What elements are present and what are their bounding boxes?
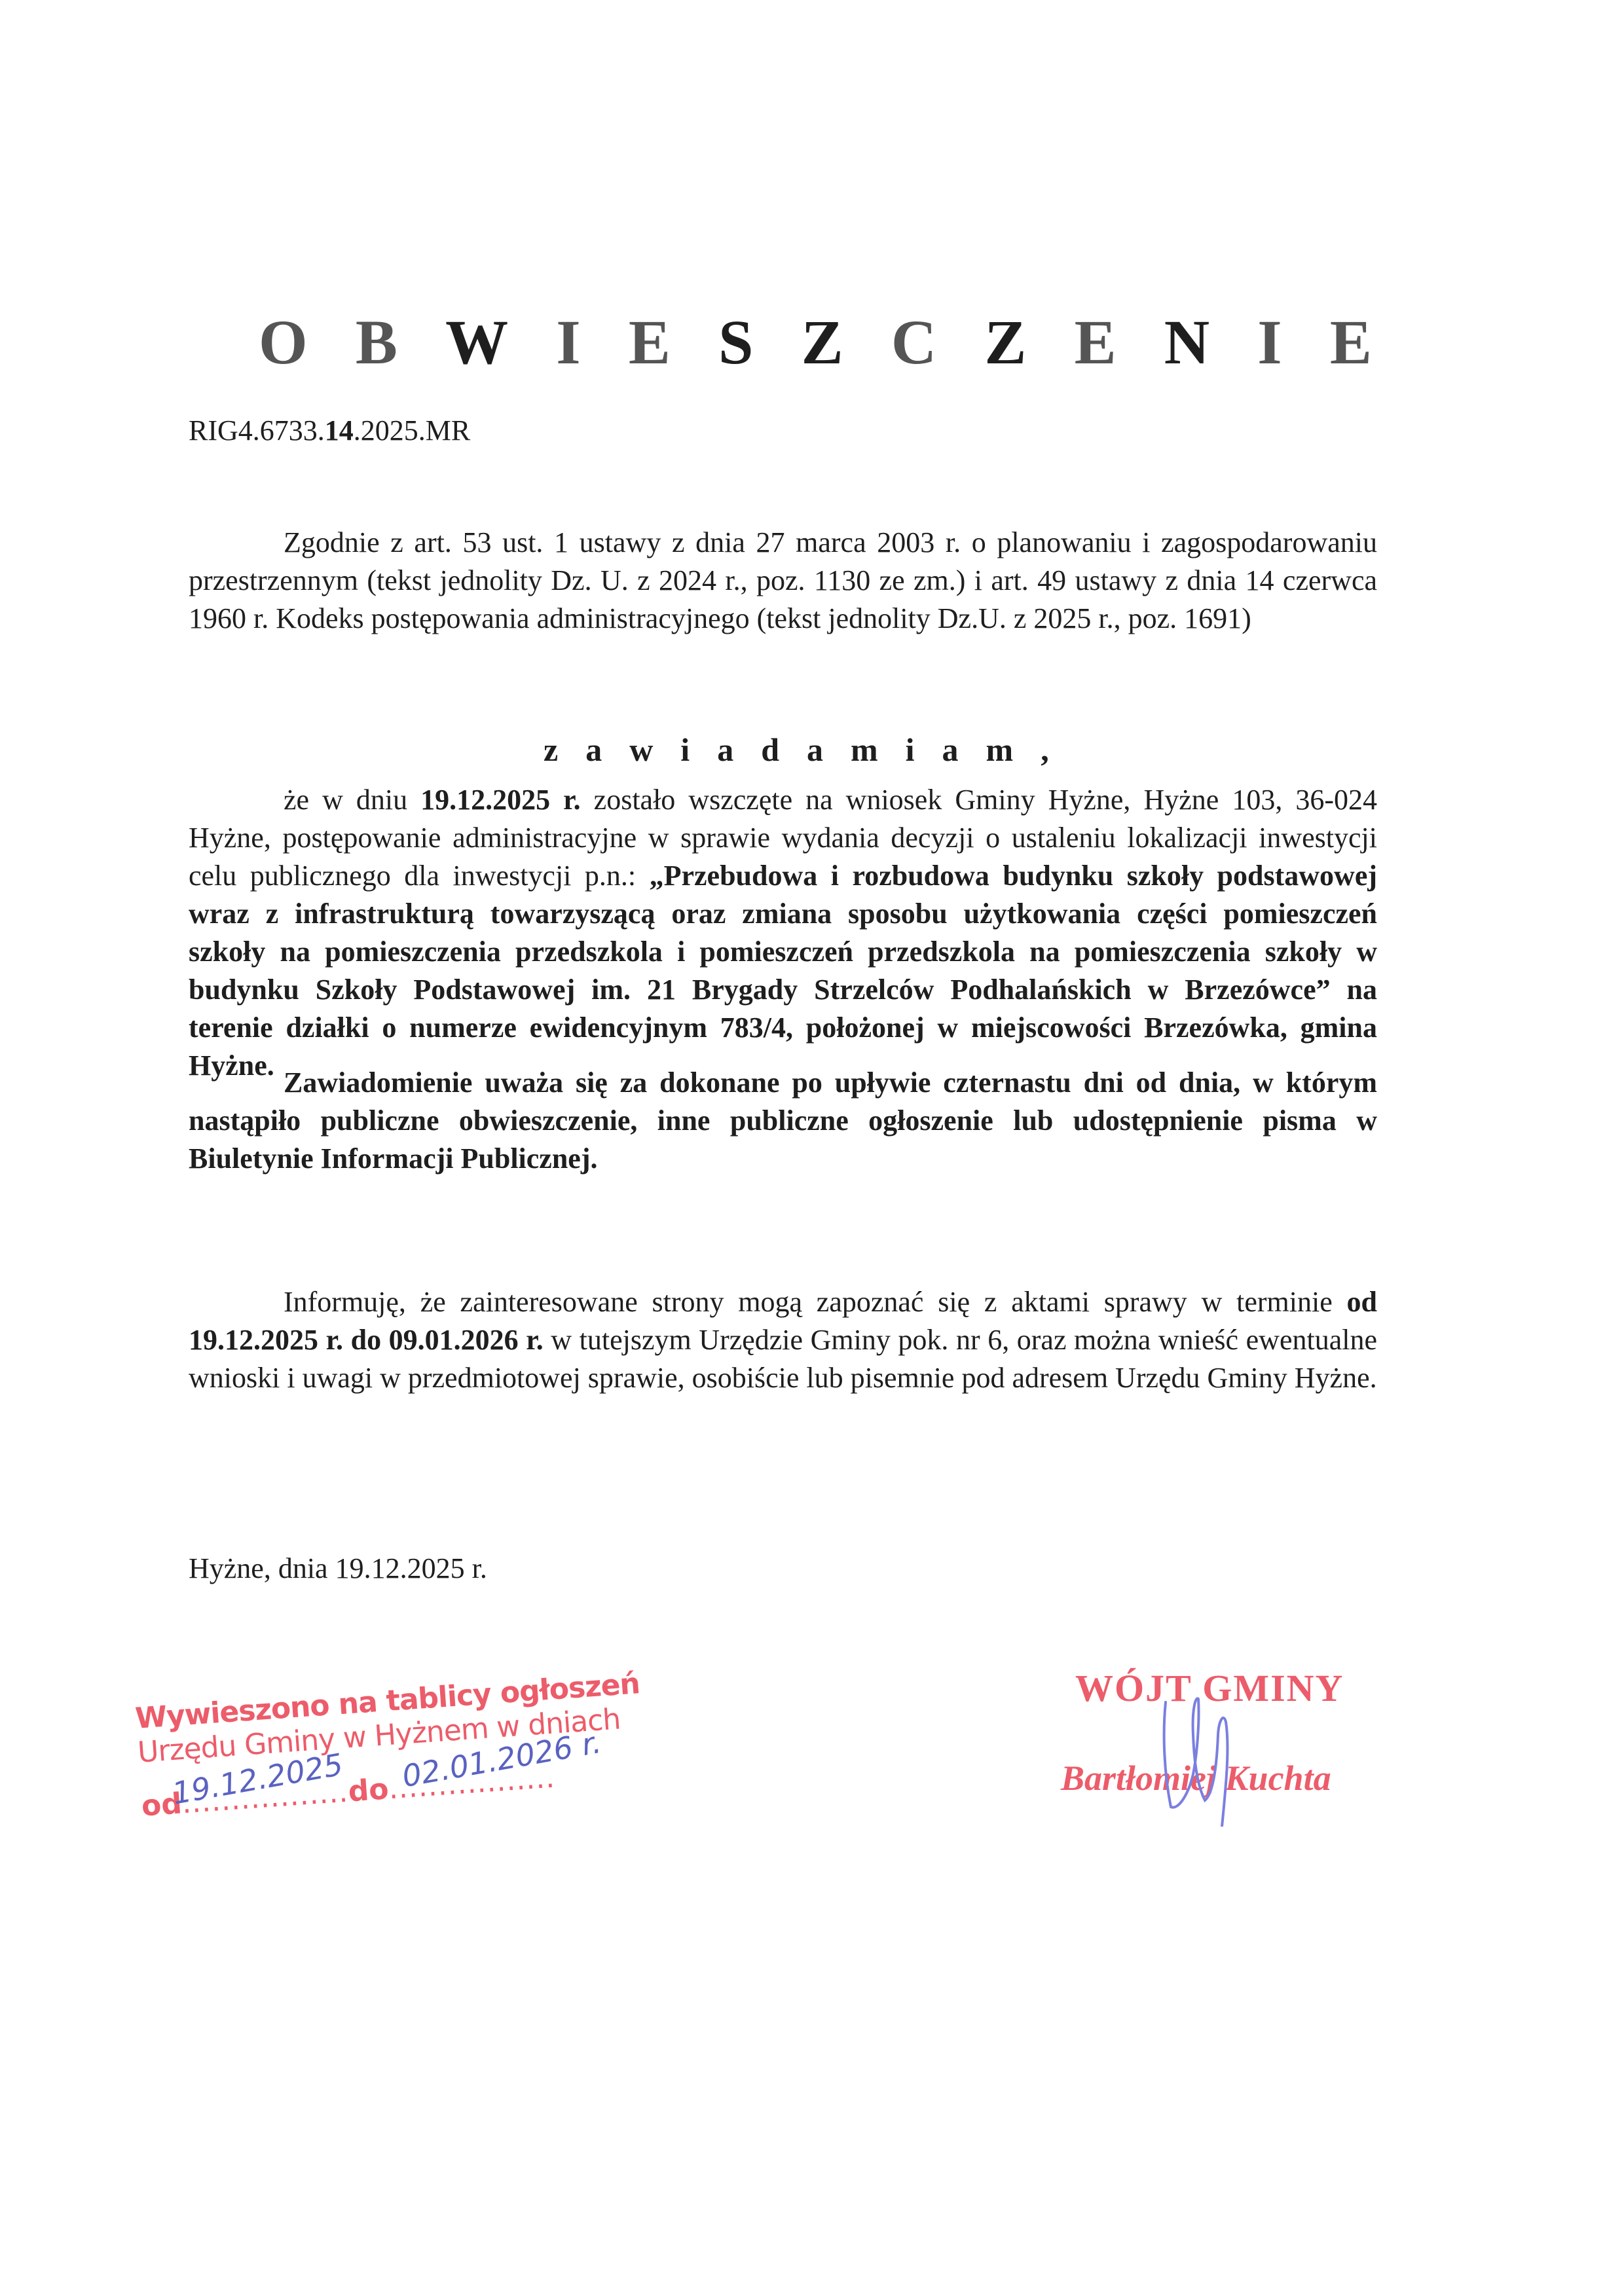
notify-heading: zawiadamiam, [544, 730, 1198, 769]
title-letter: E [1330, 306, 1372, 378]
legal-basis-paragraph: Zgodnie z art. 53 ust. 1 ustawy z dnia 2… [189, 524, 1377, 638]
signature-stamp: WÓJT GMINY Bartłomiej Kuchta [1061, 1666, 1428, 1823]
posting-stamp-dates: od.................do................. 1… [140, 1756, 587, 1826]
legal-basis-text: Zgodnie z art. 53 ust. 1 ustawy z dnia 2… [189, 526, 1377, 634]
proceedings-lead: że w dniu [284, 784, 420, 816]
notification-effect-paragraph: Zawiadomienie uważa się za dokonane po u… [189, 1064, 1377, 1178]
notification-effect-text: Zawiadomienie uważa się za dokonane po u… [189, 1066, 1377, 1175]
reference-number: RIG4.6733.14.2025.MR [189, 411, 470, 450]
proceedings-paragraph: że w dniu 19.12.2025 r. zostało wszczęte… [189, 781, 1377, 1085]
document-title: OBWIESZCZENIE [259, 306, 1372, 378]
reference-suffix: .2025.MR [354, 414, 470, 446]
file-access-paragraph: Informuję, że zainteresowane strony mogą… [189, 1283, 1377, 1397]
title-letter: Z [984, 306, 1026, 378]
title-letter: C [891, 306, 936, 378]
reference-prefix: RIG4.6733. [189, 414, 325, 446]
title-letter: W [445, 306, 508, 378]
handwritten-signature-icon [1153, 1696, 1257, 1827]
title-letter: S [718, 306, 753, 378]
reference-number-bold: 14 [325, 414, 354, 446]
file-access-lead: Informuję, że zainteresowane strony mogą… [284, 1286, 1347, 1318]
title-letter: N [1164, 306, 1209, 378]
title-letter: I [1257, 306, 1282, 378]
title-letter: Z [802, 306, 843, 378]
to-label: do [347, 1772, 390, 1808]
posting-stamp: Wywieszono na tablicy ogłoszeń Urzędu Gm… [134, 1671, 590, 1872]
investment-description: „Przebudowa i rozbudowa budynku szkoły p… [189, 860, 1377, 1082]
title-letter: B [356, 306, 397, 378]
title-letter: I [556, 306, 580, 378]
title-letter: O [259, 306, 308, 378]
title-letter: E [1075, 306, 1116, 378]
title-letter: E [629, 306, 671, 378]
place-and-date: Hyżne, dnia 19.12.2025 r. [189, 1550, 487, 1588]
proceedings-date: 19.12.2025 r. [420, 784, 581, 816]
